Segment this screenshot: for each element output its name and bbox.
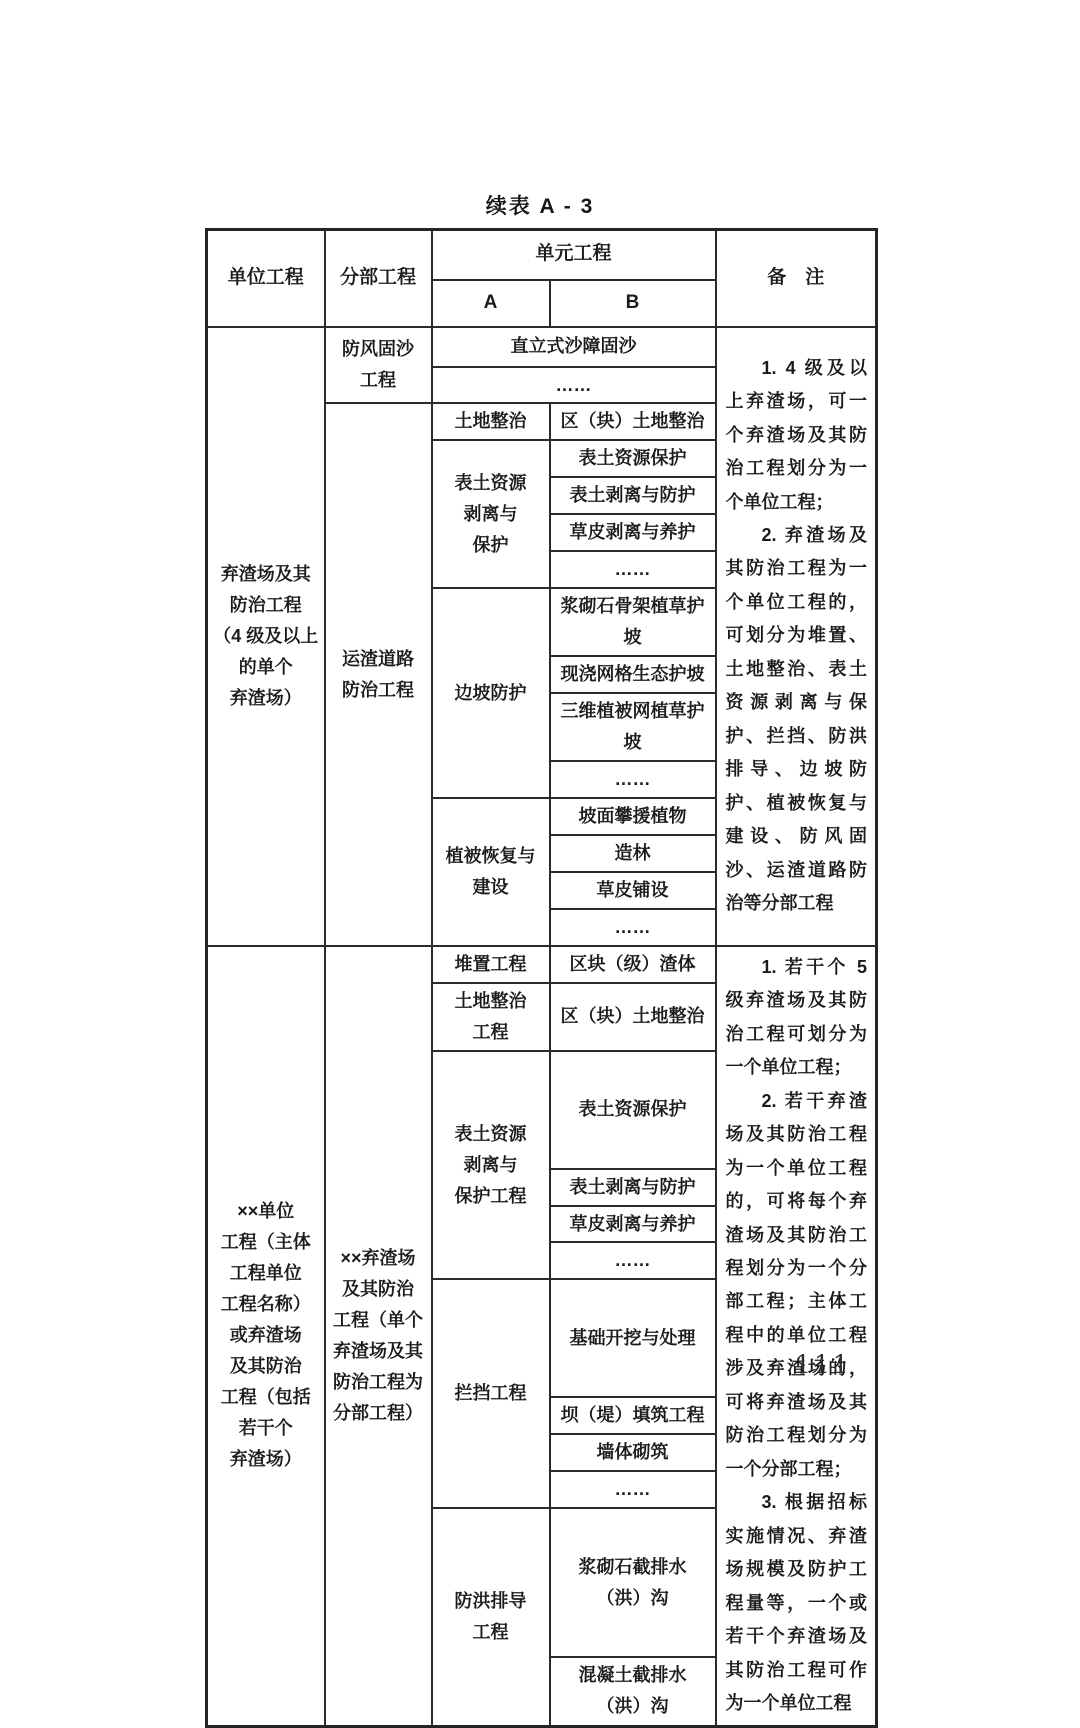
page-number: 111 [795,1350,852,1379]
s2-b-slag-body: 区块（级）渣体 [550,946,716,983]
s1-b-masonry-grass-slope: 浆砌石骨架植草护坡 [550,588,716,656]
s1-b-land-rehab: 区（块）土地整治 [550,403,716,440]
s1-remark-item-1: 1. 4 级及以上弃渣场，可一个弃渣场及其防治工程划分为一个单位工程； [726,352,868,519]
s1-a-slope-protect: 边坡防护 [432,588,550,798]
division-table-a3: 单位工程 分部工程 单元工程 备 注 A B 弃渣场及其 防治工程 （4 级及以… [205,228,878,1728]
s2-remark-item-2: 2. 若干弃渣场及其防治工程为一个单位工程的，可将每个弃渣场及其防治工程划分为一… [726,1085,868,1487]
s2-b-topsoil-strip: 表土剥离与防护 [550,1169,716,1206]
s1-cell-ellipsis-3: …… [550,761,716,798]
s1-b-turf-laying: 草皮铺设 [550,872,716,909]
s1-cell-ellipsis-2: …… [550,551,716,588]
s2-a-retaining: 拦挡工程 [432,1279,550,1508]
s2-unit-project: ××单位 工程（主体 工程单位 工程名称） 或弃渣场 及其防治 工程（包括 若干… [207,946,325,1726]
s1-b-topsoil-protect: 表土资源保护 [550,440,716,477]
s2-remark-item-3: 3. 根据招标实施情况、弃渣场规模及防护工程量等，一个或若干个弃渣场及其防治工程… [726,1486,868,1720]
s2-cell-ellipsis-2: …… [550,1471,716,1508]
s2-b-wall-masonry: 墙体砌筑 [550,1434,716,1471]
s1-b-3d-net-grass-slope: 三维植被网植草护坡 [550,693,716,761]
header-unit-project: 单位工程 [207,230,325,327]
s2-b-land-rehab: 区（块）土地整治 [550,983,716,1051]
table-title: 续表 A - 3 [205,190,875,220]
header-col-b: B [550,280,716,327]
s2-a-flood-drainage: 防洪排导 工程 [432,1508,550,1726]
s2-b-turf-strip: 草皮剥离与养护 [550,1206,716,1243]
s1-unit-project: 弃渣场及其 防治工程 （4 级及以上 的单个 弃渣场） [207,327,325,946]
s2-a-piling: 堆置工程 [432,946,550,983]
s2-b-foundation-excavation: 基础开挖与处理 [550,1279,716,1397]
s2-b-concrete-drain-ditch: 混凝土截排水 （洪）沟 [550,1657,716,1726]
s1-b-cast-grid-eco-slope: 现浇网格生态护坡 [550,656,716,693]
s2-b-dam-fill: 坝（堤）填筑工程 [550,1397,716,1434]
s1-remark: 1. 4 级及以上弃渣场，可一个弃渣场及其防治工程划分为一个单位工程； 2. 弃… [716,327,877,946]
s1-division-haul-road: 运渣道路 防治工程 [325,403,432,945]
s2-a-land-rehab: 土地整治 工程 [432,983,550,1051]
s2-remark-item-1: 1. 若干个 5 级弃渣场及其防治工程可划分为一个单位工程； [726,951,868,1085]
s2-division-project: ××弃渣场 及其防治 工程（单个 弃渣场及其 防治工程为 分部工程） [325,946,432,1726]
s1-b-turf-strip: 草皮剥离与养护 [550,514,716,551]
s2-b-masonry-drain-ditch: 浆砌石截排水 （洪）沟 [550,1508,716,1657]
s2-cell-ellipsis-1: …… [550,1242,716,1279]
s2-a-topsoil: 表土资源 剥离与 保护工程 [432,1051,550,1280]
s1-a-land-rehab: 土地整治 [432,403,550,440]
s1-remark-item-2: 2. 弃渣场及其防治工程为一个单位工程的，可划分为堆置、土地整治、表土资源剥离与… [726,519,868,921]
s1-a-vegetation: 植被恢复与 建设 [432,798,550,946]
header-division-project: 分部工程 [325,230,432,327]
header-col-a: A [432,280,550,327]
s1-division-windbreak: 防风固沙 工程 [325,327,432,404]
s1-cell-ellipsis-4: …… [550,909,716,946]
s1-b-topsoil-strip: 表土剥离与防护 [550,477,716,514]
header-element-project: 单元工程 [432,230,716,280]
s2-remark: 1. 若干个 5 级弃渣场及其防治工程可划分为一个单位工程； 2. 若干弃渣场及… [716,946,877,1726]
s1-b-afforestation: 造林 [550,835,716,872]
header-remark: 备 注 [716,230,877,327]
s2-b-topsoil-protect: 表土资源保护 [550,1051,716,1169]
s1-cell-ellipsis-1: …… [432,367,716,404]
s1-cell-sand-barrier: 直立式沙障固沙 [432,327,716,367]
s1-b-climbing-plants: 坡面攀援植物 [550,798,716,835]
s1-a-topsoil: 表土资源 剥离与 保护 [432,440,550,588]
